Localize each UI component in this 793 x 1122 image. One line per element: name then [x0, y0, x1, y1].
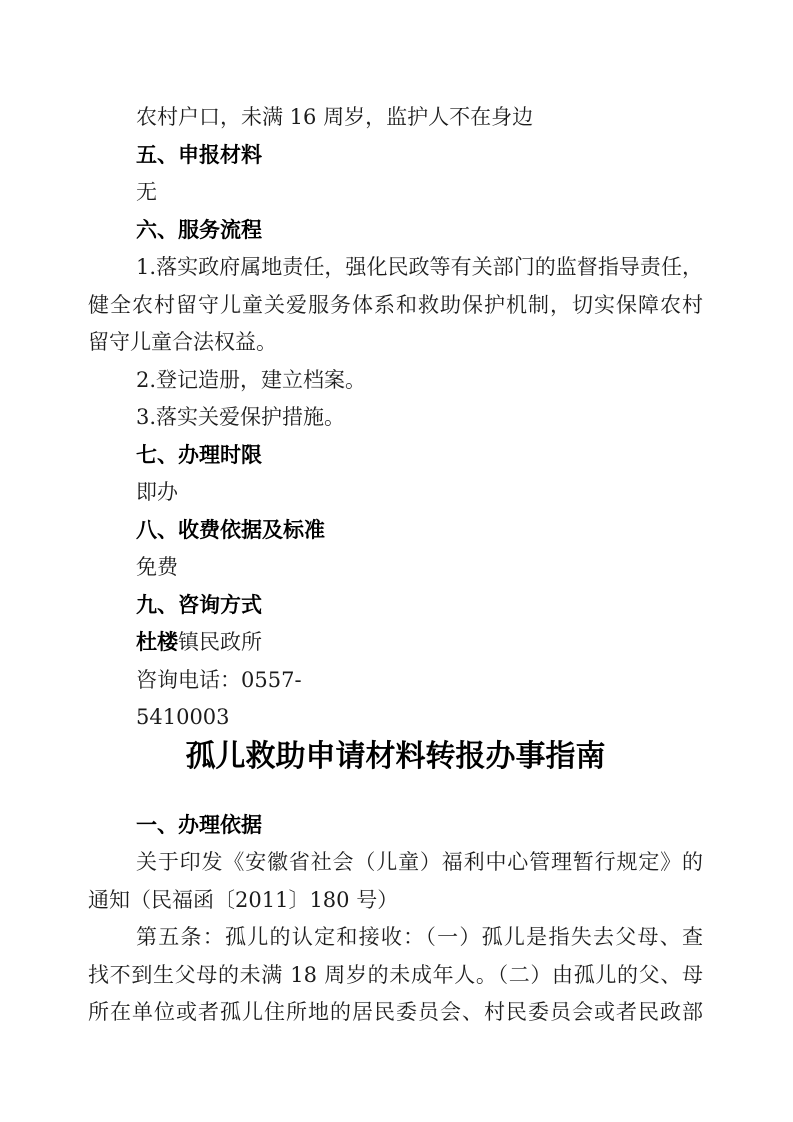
- text-line: 5410003: [88, 699, 703, 737]
- section-heading: 九、咨询方式: [88, 587, 703, 625]
- text-line: 关于印发《安徽省社会（儿童）福利中心管理暂行规定》的: [88, 844, 703, 882]
- text-line: 找不到生父母的未满 18 周岁的未成年人。（二）由孤儿的父、母: [88, 957, 703, 995]
- text-line: 农村户口，未满 16 周岁，监护人不在身边: [88, 99, 703, 137]
- page-content: 农村户口，未满 16 周岁，监护人不在身边五、申报材料无六、服务流程1.落实政府…: [88, 99, 703, 1032]
- text-line: 3.落实关爱保护措施。: [88, 399, 703, 437]
- text-line: 第五条：孤儿的认定和接收：（一）孤儿是指失去父母、查: [88, 919, 703, 957]
- text-line: 免费: [88, 549, 703, 587]
- text-line: 咨询电话：0557-: [88, 662, 703, 700]
- text-line: 杜楼镇民政所: [88, 624, 703, 662]
- section-heading: 八、收费依据及标准: [88, 512, 703, 550]
- text-line: 无: [88, 174, 703, 212]
- text-line: 通知（民福函〔2011〕180 号）: [88, 882, 703, 920]
- section-heading: 七、办理时限: [88, 437, 703, 475]
- text-line: 即办: [88, 474, 703, 512]
- text-line: 所在单位或者孤儿住所地的居民委员会、村民委员会或者民政部: [88, 994, 703, 1032]
- section-heading: 一、办理依据: [88, 807, 703, 845]
- org-name-segment: 镇民政所: [178, 630, 262, 654]
- section-heading: 六、服务流程: [88, 212, 703, 250]
- text-line: 1.落实政府属地责任，强化民政等有关部门的监督指导责任，: [88, 249, 703, 287]
- document-page: 农村户口，未满 16 周岁，监护人不在身边五、申报材料无六、服务流程1.落实政府…: [0, 0, 793, 1122]
- section-heading: 五、申报材料: [88, 137, 703, 175]
- doc-section-title: 孤儿救助申请材料转报办事指南: [88, 737, 703, 777]
- text-line: 健全农村留守儿童关爱服务体系和救助保护机制，切实保障农村: [88, 287, 703, 325]
- text-line: 2.登记造册，建立档案。: [88, 362, 703, 400]
- org-name-bold-segment: 杜楼: [136, 630, 178, 654]
- text-line: 留守儿童合法权益。: [88, 324, 703, 362]
